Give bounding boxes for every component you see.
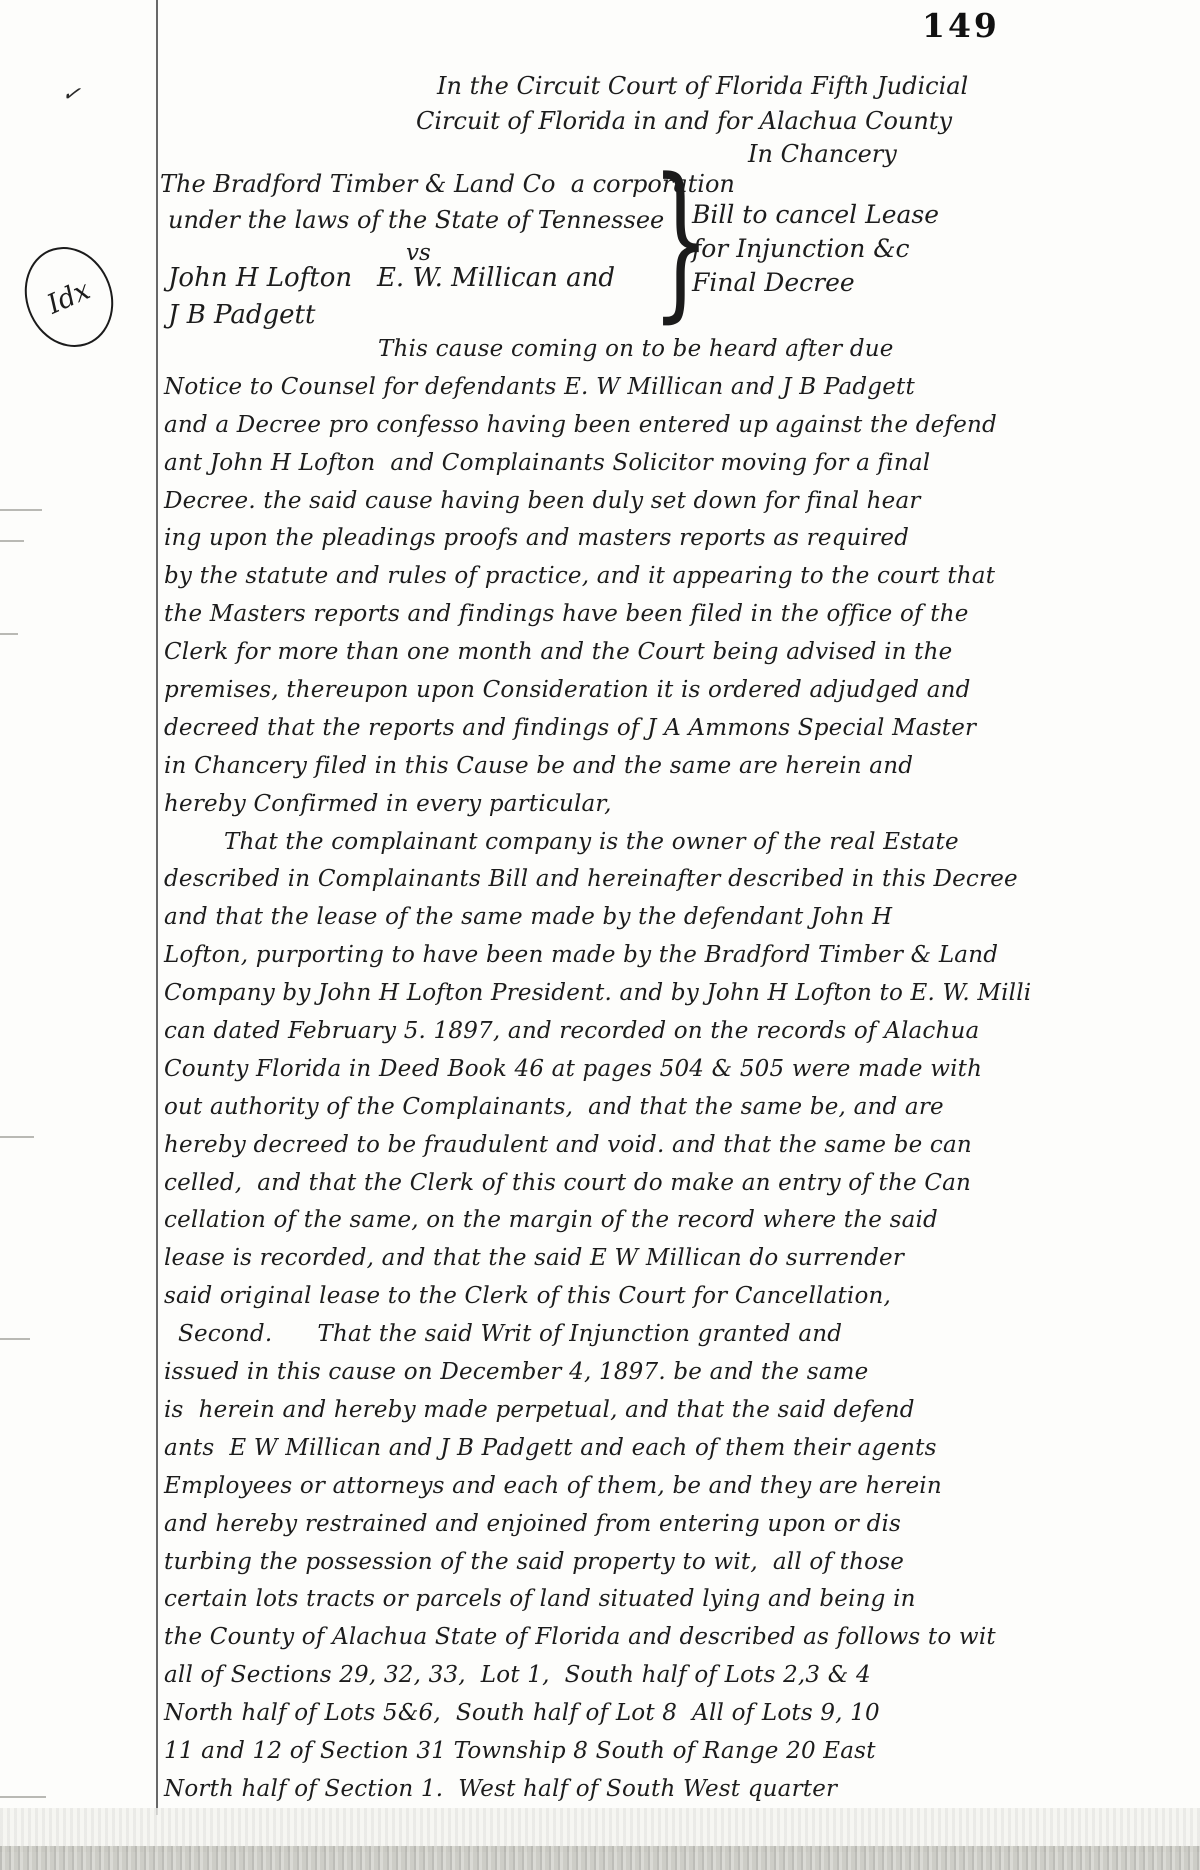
handwritten-line: ants E W Millican and J B Padgett and ea…	[164, 1430, 1009, 1468]
handwritten-line: decreed that the reports and findings of…	[164, 710, 1009, 748]
court-header-line-1: In the Circuit Court of Florida Fifth Ju…	[437, 72, 968, 100]
handwritten-line: That the complainant company is the owne…	[164, 824, 1009, 862]
defendant-name-line-2: J B Padgett	[168, 300, 315, 330]
page-number: 149	[922, 6, 1000, 45]
case-type-line-3: Final Decree	[692, 268, 855, 297]
handwritten-line: lease is recorded, and that the said E W…	[164, 1240, 1009, 1278]
plaintiff-name-line-1: The Bradford Timber & Land Co a corporat…	[160, 170, 735, 198]
court-header-line-2: Circuit of Florida in and for Alachua Co…	[416, 107, 952, 135]
handwritten-line: Second. That the said Writ of Injunction…	[164, 1316, 1009, 1354]
handwritten-line: certain lots tracts or parcels of land s…	[164, 1581, 1009, 1619]
handwritten-line: North half of Section 1. West half of So…	[164, 1771, 1009, 1809]
scan-artifact-dash	[0, 633, 18, 635]
scan-artifact-dash	[0, 540, 24, 542]
handwritten-line: and a Decree pro confesso having been en…	[164, 407, 1009, 445]
scan-grain-band-dark	[0, 1846, 1200, 1870]
case-type-line-2: for Injunction &c	[692, 234, 910, 263]
handwritten-line: is herein and hereby made perpetual, and…	[164, 1392, 1009, 1430]
handwritten-line: and hereby restrained and enjoined from …	[164, 1506, 1009, 1544]
handwritten-line: said original lease to the Clerk of this…	[164, 1278, 1009, 1316]
handwritten-line: premises, thereupon upon Consideration i…	[164, 672, 1009, 710]
handwritten-line: issued in this cause on December 4, 1897…	[164, 1354, 1009, 1392]
ledger-margin-rule	[156, 0, 158, 1815]
handwritten-line: Employees or attorneys and each of them,…	[164, 1468, 1009, 1506]
handwritten-line: Lofton, purporting to have been made by …	[164, 937, 1009, 975]
handwritten-line: North half of Lots 5&6, South half of Lo…	[164, 1695, 1009, 1733]
handwritten-line: all of Sections 29, 32, 33, Lot 1, South…	[164, 1657, 1009, 1695]
handwritten-line: ing upon the pleadings proofs and master…	[164, 520, 1009, 558]
handwritten-line: by the statute and rules of practice, an…	[164, 558, 1009, 596]
defendant-name-line-1: John H Lofton E. W. Millican and	[168, 263, 615, 293]
handwritten-line: celled, and that the Clerk of this court…	[164, 1165, 1009, 1203]
handwritten-line: in Chancery filed in this Cause be and t…	[164, 748, 1009, 786]
handwritten-line: hereby Confirmed in every particular,	[164, 786, 1009, 824]
handwritten-line: Clerk for more than one month and the Co…	[164, 634, 1009, 672]
handwritten-line: ant John H Lofton and Complainants Solic…	[164, 445, 1009, 483]
handwritten-line: 11 and 12 of Section 31 Township 8 South…	[164, 1733, 1009, 1771]
handwritten-line: turbing the possession of the said prope…	[164, 1544, 1009, 1582]
scan-artifact-dash	[0, 509, 42, 511]
body-text: This cause coming on to be heard after d…	[164, 331, 1009, 1809]
handwritten-line: Company by John H Lofton President. and …	[164, 975, 1009, 1013]
handwritten-line: Decree. the said cause having been duly …	[164, 483, 1009, 521]
handwritten-line: can dated February 5. 1897, and recorded…	[164, 1013, 1009, 1051]
caption-brace: }	[652, 160, 685, 320]
scan-artifact-dash	[0, 1796, 46, 1798]
index-oval-mark: Idx	[14, 236, 125, 358]
scanned-document-page: 149 ✓ Idx In the Circuit Court of Florid…	[0, 0, 1200, 1870]
court-header-line-3: In Chancery	[748, 140, 897, 168]
handwritten-line: Notice to Counsel for defendants E. W Mi…	[164, 369, 1009, 407]
scan-artifact-dash	[0, 1338, 30, 1340]
check-mark: ✓	[60, 81, 82, 108]
handwritten-line: This cause coming on to be heard after d…	[164, 331, 1009, 369]
handwritten-line: the County of Alachua State of Florida a…	[164, 1619, 1009, 1657]
handwritten-line: County Florida in Deed Book 46 at pages …	[164, 1051, 1009, 1089]
case-type-line-1: Bill to cancel Lease	[692, 200, 939, 229]
plaintiff-name-line-2: under the laws of the State of Tennessee	[168, 206, 664, 234]
handwritten-line: hereby decreed to be fraudulent and void…	[164, 1127, 1009, 1165]
handwritten-line: described in Complainants Bill and herei…	[164, 861, 1009, 899]
handwritten-line: and that the lease of the same made by t…	[164, 899, 1009, 937]
index-oval-label: Idx	[43, 274, 95, 320]
handwritten-line: the Masters reports and findings have be…	[164, 596, 1009, 634]
handwritten-line: cellation of the same, on the margin of …	[164, 1202, 1009, 1240]
scan-artifact-dash	[0, 1136, 34, 1138]
handwritten-line: out authority of the Complainants, and t…	[164, 1089, 1009, 1127]
